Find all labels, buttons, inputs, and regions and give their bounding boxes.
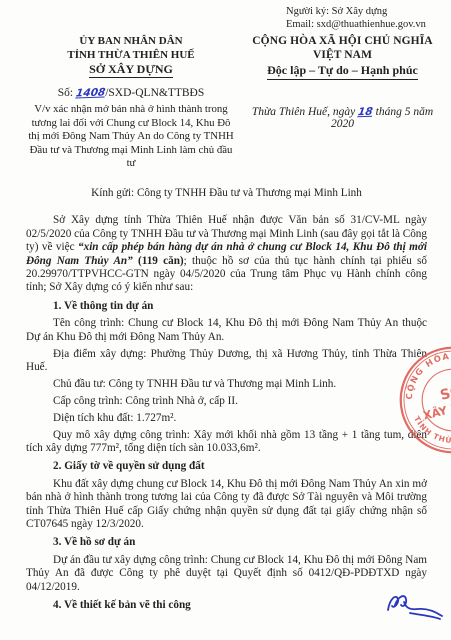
section-2-title: 2. Giấy tờ về quyền sử dụng đất: [26, 460, 427, 473]
salutation: Kính gửi: Công ty TNHH Đầu tư và Thương …: [26, 187, 427, 200]
handwritten-initial: [380, 586, 446, 626]
document-number: Số: 1408/SXD-QLN&TTBĐS: [28, 87, 234, 99]
official-red-seal: CỘNG HÒA X.H.C.N TỈNH THỪA THIÊN HUẾ SỞ …: [397, 344, 451, 456]
project-name: Tên công trình: Chung cư Block 14, Khu Đ…: [26, 317, 427, 344]
agency-parent-line: ỦY BAN NHÂN DÂN: [28, 34, 234, 48]
seal-center-line1: SỞ: [438, 380, 451, 404]
document-body: Kính gửi: Công ty TNHH Đầu tư và Thương …: [26, 187, 427, 612]
project-location: Địa điểm xây dựng: Phường Thủy Dương, th…: [26, 348, 427, 375]
agency-province-line: TỈNH THỪA THIÊN HUẾ: [28, 48, 234, 62]
issuing-agency-block: ỦY BAN NHÂN DÂN TỈNH THỪA THIÊN HUẾ SỞ X…: [28, 34, 234, 171]
project-land-area: Diện tích khu đất: 1.727m².: [26, 412, 427, 425]
document-subject: V/v xác nhận mở bán nhà ở hình thành tro…: [28, 103, 234, 171]
doc-number-handwritten: 1408: [75, 86, 106, 99]
project-grade: Cấp công trình: Công trình Nhà ở, cấp II…: [26, 395, 427, 408]
agency-name: SỞ XÂY DỰNG: [89, 62, 173, 78]
project-investor: Chủ đầu tư: Công ty TNHH Đầu tư và Thươn…: [26, 378, 427, 391]
land-rights-paragraph: Khu đất xây dựng chung cư Block 14, Khu …: [26, 478, 427, 532]
signer-email: Email: sxd@thuathienhue.gov.vn: [286, 18, 426, 31]
digital-signature-info: Người ký: Sở Xây dựng Email: sxd@thuathi…: [286, 5, 426, 31]
national-motto-block: CỘNG HÒA XÃ HỘI CHỦ NGHĨA VIỆT NAM Độc l…: [240, 34, 445, 171]
date-prefix: Thừa Thiên Huế, ngày: [252, 106, 358, 118]
doc-number-suffix: /SXD-QLN&TTBĐS: [105, 87, 204, 99]
national-title: CỘNG HÒA XÃ HỘI CHỦ NGHĨA VIỆT NAM: [240, 34, 445, 62]
date-day-handwritten: 18: [357, 106, 373, 119]
intro-unit-count: (119 căn): [133, 255, 184, 267]
doc-number-prefix: Số:: [58, 87, 76, 99]
project-scale: Quy mô xây dựng công trình: Xây mới khối…: [26, 429, 427, 456]
document-page: Người ký: Sở Xây dựng Email: sxd@thuathi…: [0, 0, 451, 640]
section-3-title: 3. Về hồ sơ dự án: [26, 536, 427, 549]
section-4-title: 4. Về thiết kế bản vẽ thi công: [26, 599, 427, 612]
project-dossier-paragraph: Dự án đầu tư xây dựng công trình: Chung …: [26, 554, 427, 594]
intro-paragraph: Sở Xây dựng tỉnh Thừa Thiên Huế nhận đượ…: [26, 214, 427, 294]
signer-name: Người ký: Sở Xây dựng: [286, 5, 426, 18]
national-motto: Độc lập – Tự do – Hạnh phúc: [267, 63, 418, 80]
section-1-title: 1. Về thông tin dự án: [26, 300, 427, 313]
place-date-line: Thừa Thiên Huế, ngày 18 tháng 5 năm 2020: [240, 106, 445, 130]
